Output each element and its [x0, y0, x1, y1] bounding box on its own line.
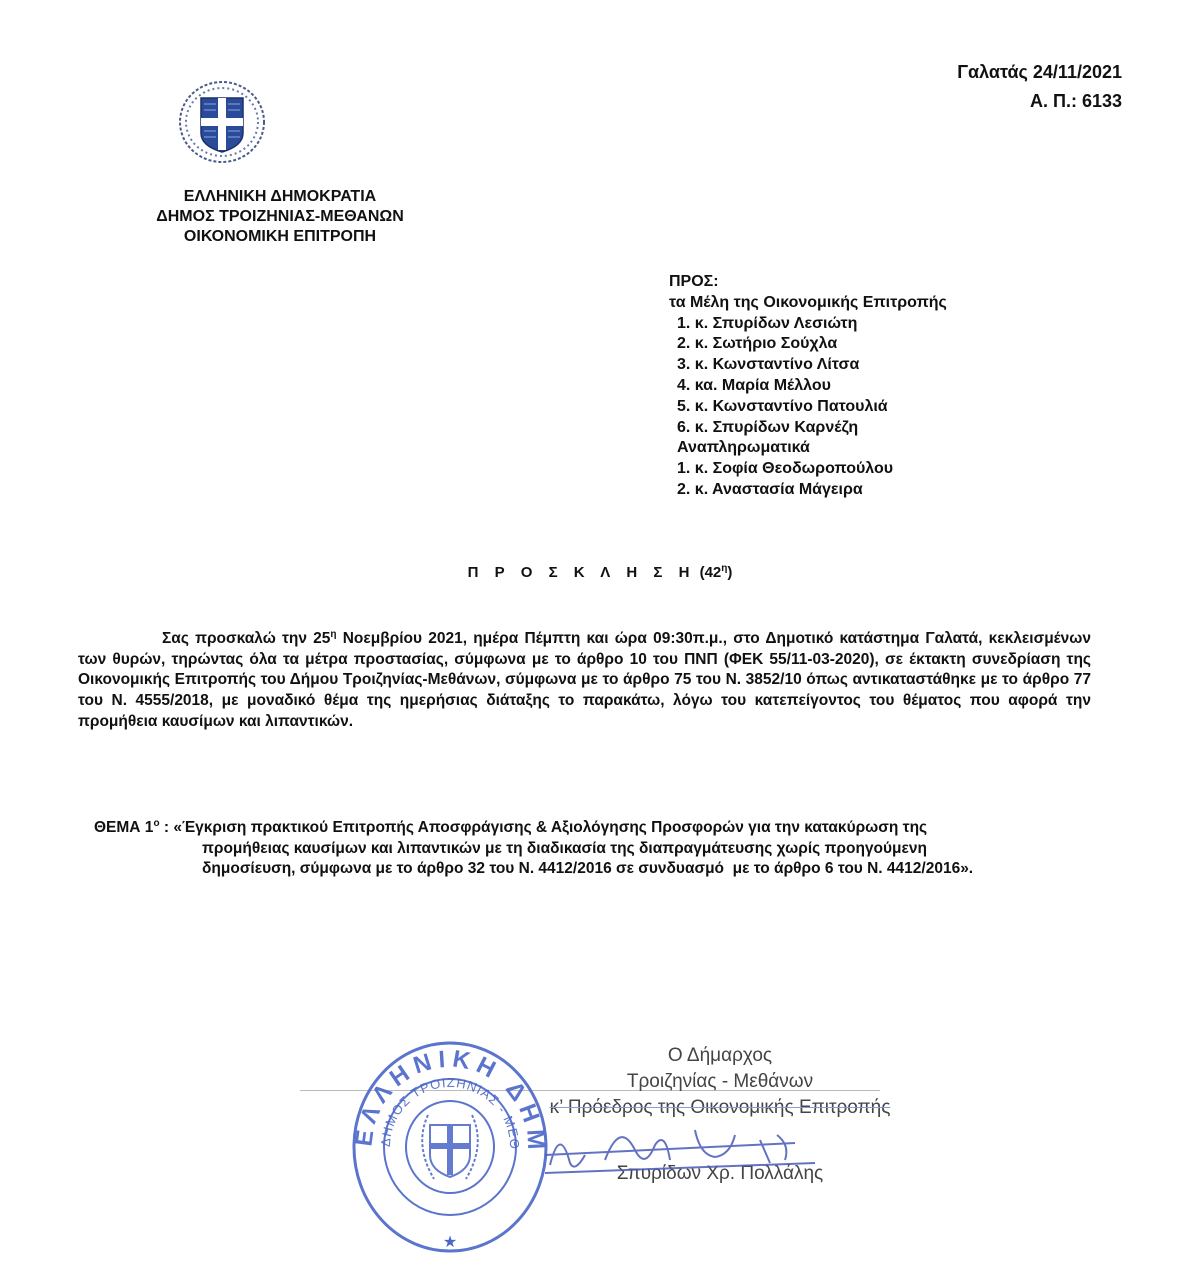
invitation-body: Σας προσκαλώ την 25η Νοεμβρίου 2021, ημέ…: [78, 625, 1091, 732]
recipients-group-title: τα Μέλη της Οικονομικής Επιτροπής: [669, 293, 947, 314]
alternate-item: 2. κ. Αναστασία Μάγειρα: [669, 480, 947, 501]
alternate-item: 1. κ. Σοφία Θεοδωροπούλου: [669, 459, 947, 480]
title-number-suffix: ): [727, 564, 732, 581]
alternates-title: Αναπληρωματικά: [669, 438, 947, 459]
issuer-country: ΕΛΛΗΝΙΚΗ ΔΗΜΟΚΡΑΤΙΑ: [100, 187, 460, 207]
document-title: Π Ρ Ο Σ Κ Λ Η Σ Η (42η): [0, 563, 1200, 581]
handwritten-signature-icon: [545, 1115, 835, 1185]
recipients-block: ΠΡΟΣ: τα Μέλη της Οικονομικής Επιτροπής …: [669, 272, 947, 501]
recipients-label: ΠΡΟΣ:: [669, 272, 947, 293]
theme-text-1: «Έγκριση πρακτικού Επιτροπής Αποσφράγιση…: [173, 819, 927, 836]
theme-line-1: ΘΕΜΑ 1ο : «Έγκριση πρακτικού Επιτροπής Α…: [94, 814, 1124, 839]
signatory-municipality: Τροιζηνίας - Μεθάνων: [520, 1069, 920, 1095]
signatory-title: Ο Δήμαρχος: [520, 1043, 920, 1069]
member-item: 2. κ. Σωτήριο Σούχλα: [669, 334, 947, 355]
place-date: Γαλατάς 24/11/2021: [957, 58, 1122, 87]
agenda-theme: ΘΕΜΑ 1ο : «Έγκριση πρακτικού Επιτροπής Α…: [94, 814, 1124, 880]
theme-separator: :: [160, 819, 174, 836]
member-item: 5. κ. Κωνσταντίνο Πατουλιά: [669, 397, 947, 418]
member-item: 1. κ. Σπυρίδων Λεσιώτη: [669, 314, 947, 335]
title-number-prefix: (42: [700, 564, 722, 581]
issuer-committee: ΟΙΚΟΝΟΜΙΚΗ ΕΠΙΤΡΟΠΗ: [100, 227, 460, 247]
title-number: (42η): [700, 564, 733, 581]
theme-label: ΘΕΜΑ 1: [94, 819, 153, 836]
member-item: 3. κ. Κωνσταντίνο Λίτσα: [669, 355, 947, 376]
theme-line-2: προμήθειας καυσίμων και λιπαντικών με τη…: [94, 839, 1124, 860]
protocol-number: Α. Π.: 6133: [957, 87, 1122, 116]
theme-line-3: δημοσίευση, σύμφωνα με το άρθρο 32 του Ν…: [94, 859, 1124, 880]
member-item: 6. κ. Σπυρίδων Καρνέζη: [669, 418, 947, 439]
svg-text:★: ★: [443, 1232, 457, 1251]
greek-coat-of-arms-icon: [176, 78, 268, 166]
body-part1: Σας προσκαλώ την 25: [162, 630, 330, 647]
issuer-municipality: ΔΗΜΟΣ ΤΡΟΙΖΗΝΙΑΣ-ΜΕΘΑΝΩΝ: [100, 207, 460, 227]
title-text: Π Ρ Ο Σ Κ Λ Η Σ Η: [468, 564, 696, 581]
member-item: 4. κα. Μαρία Μέλλου: [669, 376, 947, 397]
issuer-block: ΕΛΛΗΝΙΚΗ ΔΗΜΟΚΡΑΤΙΑ ΔΗΜΟΣ ΤΡΟΙΖΗΝΙΑΣ-ΜΕΘ…: [100, 187, 460, 247]
date-block: Γαλατάς 24/11/2021 Α. Π.: 6133: [957, 58, 1122, 116]
